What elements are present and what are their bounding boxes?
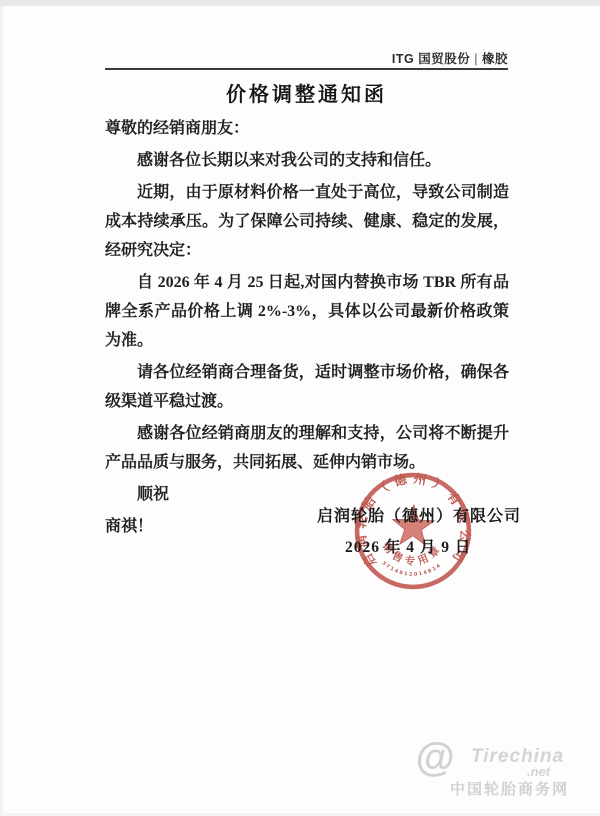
- header-rule: [105, 68, 508, 70]
- itg-logo-unit: 橡胶: [482, 52, 508, 66]
- itg-logo: ITG 国贸股份|橡胶: [392, 49, 508, 67]
- paragraph: 自 2026 年 4 月 25 日起,对国内替换市场 TBR 所有品牌全系产品价…: [105, 268, 509, 355]
- itg-logo-company: 国贸股份: [418, 52, 470, 66]
- scan-edge-top: [0, 0, 600, 6]
- signature-company: 启润轮胎（德州）有限公司: [317, 503, 521, 526]
- tirechina-watermark: @ Tirechina .net 中国轮胎商务网: [415, 738, 580, 798]
- itg-logo-brand: ITG: [392, 52, 414, 66]
- paragraph: 感谢各位长期以来对我公司的支持和信任。: [105, 146, 509, 175]
- watermark-site-suffix: .net: [527, 764, 550, 779]
- paragraph: 请各位经销商合理备货，适时调整市场价格，确保各级渠道平稳过渡。: [105, 358, 509, 416]
- page-title: 价格调整通知函: [105, 78, 508, 107]
- letter-body: 尊敬的经销商朋友： 感谢各位长期以来对我公司的支持和信任。 近期，由于原材料价格…: [105, 114, 509, 544]
- watermark-site-name: Tirechina: [471, 746, 564, 768]
- itg-logo-divider: |: [474, 52, 478, 66]
- paragraph: 感谢各位经销商朋友的理解和支持，公司将不断提升产品品质与服务，共同拓展、延伸内销…: [105, 419, 509, 477]
- letter-page: ITG 国贸股份|橡胶 价格调整通知函 尊敬的经销商朋友： 感谢各位长期以来对我…: [0, 0, 600, 816]
- signature-date: 2026 年 4 月 9 日: [345, 535, 471, 557]
- paragraph: 近期，由于原材料价格一直处于高位，导致公司制造成本持续承压。为了保障公司持续、健…: [105, 178, 509, 265]
- scan-edge-left: [0, 6, 3, 816]
- watermark-caption: 中国轮胎商务网: [450, 778, 569, 799]
- tirechina-swoosh-icon: @: [415, 736, 450, 781]
- greeting-line: 尊敬的经销商朋友：: [105, 114, 509, 143]
